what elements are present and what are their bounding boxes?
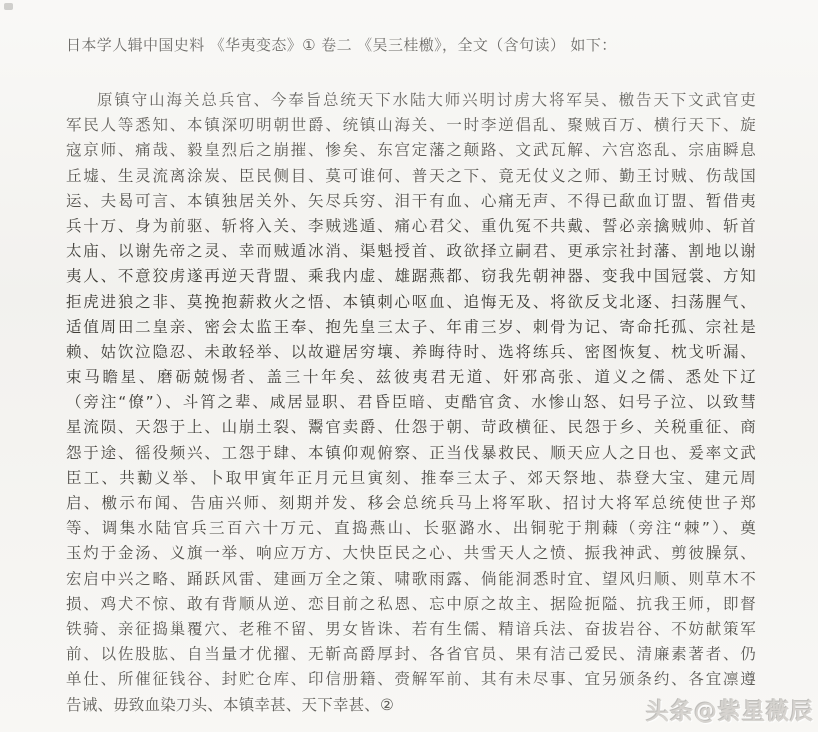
- text-line: 运、夫曷可言、本镇独居关外、矢尽兵穷、泪干有血、心痛无声、不得已歃血订盟、暂借夷: [66, 189, 756, 214]
- text-line: 原镇守山海关总兵官、今奉旨总统天下水陆大师兴明讨虏大将军吴、檄告天下文武官吏: [66, 88, 756, 113]
- text-line: 星流陨、天怨于上、山崩土裂、鬻官卖爵、仕怨于朝、苛政横征、民怨于乡、关税重征、商: [66, 415, 756, 440]
- text-line: 臣工、共勷义举、卜取甲寅年正月元旦寅刻、推奉三太子、郊天祭地、恭登大宝、建元周: [66, 466, 756, 491]
- document-body: 原镇守山海关总兵官、今奉旨总统天下水陆大师兴明讨虏大将军吴、檄告天下文武官吏 军…: [66, 88, 756, 718]
- text-line: 宏启中兴之略、踊跃风雷、建画万全之策、啸歌雨露、倘能洞悉时宜、望风归顺、则草木不: [66, 567, 756, 592]
- text-line: 玉灼于金汤、义旗一举、响应万方、大快臣民之心、共雪天人之愤、振我神武、剪彼臊氛、: [66, 541, 756, 566]
- text-line: 丘墟、生灵流离涂炭、臣民侧目、莫可谁何、普天之下、竟无仗义之师、勤王讨贼、伤哉国: [66, 164, 756, 189]
- text-line: 启、檄示布闻、告庙兴师、刻期并发、移会总统兵马上将军耿、招讨大将军总统使世子郑: [66, 491, 756, 516]
- text-line: 单仕、所催征钱谷、封贮仓库、印信册籍、赍解军前、其有未尽事、宜另颁条约、各宜凛遵: [66, 667, 756, 692]
- text-line: 适值周田二皇亲、密会太监王奉、抱先皇三太子、年甫三岁、刺骨为记、寄命托孤、宗社是: [66, 315, 756, 340]
- document-page: 日本学人辑中国史料 《华夷变态》① 卷二 《吴三桂檄》，全文（含句读） 如下： …: [66, 34, 756, 718]
- text-line: （旁注“僚”）、斗筲之辈、咸居显职、君昏臣暗、吏酷官贪、水惨山怒、妇号子泣、以致…: [66, 390, 756, 415]
- text-line: 等、调集水陆官兵三百六十万元、直捣燕山、长驱潞水、出铜驼于荆蕀（旁注“棘”）、奠: [66, 516, 756, 541]
- text-line: 拒虎进狼之非、莫挽抱薪救火之悟、本镇刺心呕血、追悔无及、将欲反戈北逐、扫荡腥气、: [66, 290, 756, 315]
- page-title: 日本学人辑中国史料 《华夷变态》① 卷二 《吴三桂檄》，全文（含句读） 如下：: [66, 34, 756, 56]
- watermark: 头条@紫星薇辰: [646, 693, 814, 726]
- text-line: 损、鸡犬不惊、敢有背顺从逆、恋目前之私恩、忘中原之故主、据险扼隘、抗我王师，即督: [66, 592, 756, 617]
- text-line: 太庙、以谢先帝之灵、幸而贼遁冰消、渠魁授首、政欲择立嗣君、更承宗社封藩、割地以谢: [66, 239, 756, 264]
- scan-artifact: [4, 3, 13, 10]
- text-line: 怨于途、徭役频兴、工怨于肆、本镇仰观俯察、正当伐暴救民、顺天应人之日也、爰率文武: [66, 441, 756, 466]
- text-line: 赖、姑饮泣隐忍、未敢轻举、以故避居穷壤、养晦待时、选将练兵、密图恢复、枕戈听漏、: [66, 340, 756, 365]
- text-line: 军民人等悉知、本镇深叨明朝世爵、统镇山海关、一时李逆倡乱、聚贼百万、横行天下、旋: [66, 113, 756, 138]
- text-line: 前、以佐股肱、自当量才优擢、无靳高爵厚封、各省官员、果有洁己爱民、清廉素著者、仍: [66, 642, 756, 667]
- text-line: 夷人、不意狡虏遂再逆天背盟、乘我内虚、雄踞燕都、窃我先朝神器、变我中国冠裳、方知: [66, 264, 756, 289]
- text-line: 寇京师、痛哉、毅皇烈后之崩摧、惨矣、东宫定藩之颠路、文武瓦解、六宫恣乱、宗庙瞬息: [66, 138, 756, 163]
- text-line: 兵十万、身为前驱、斩将入关、李贼逃遁、痛心君父、重仇冤不共戴、誓必亲擒贼帅、斩首: [66, 214, 756, 239]
- text-line: 铁骑、亲征捣巢覆穴、老稚不留、男女皆诛、若有生儒、精谙兵法、奋拔岩谷、不妨献策军: [66, 617, 756, 642]
- text-line: 束马瞻星、磨砺兢惕者、盖三十年矣、兹彼夷君无道、奸邪高张、道义之儒、悉处下辽: [66, 365, 756, 390]
